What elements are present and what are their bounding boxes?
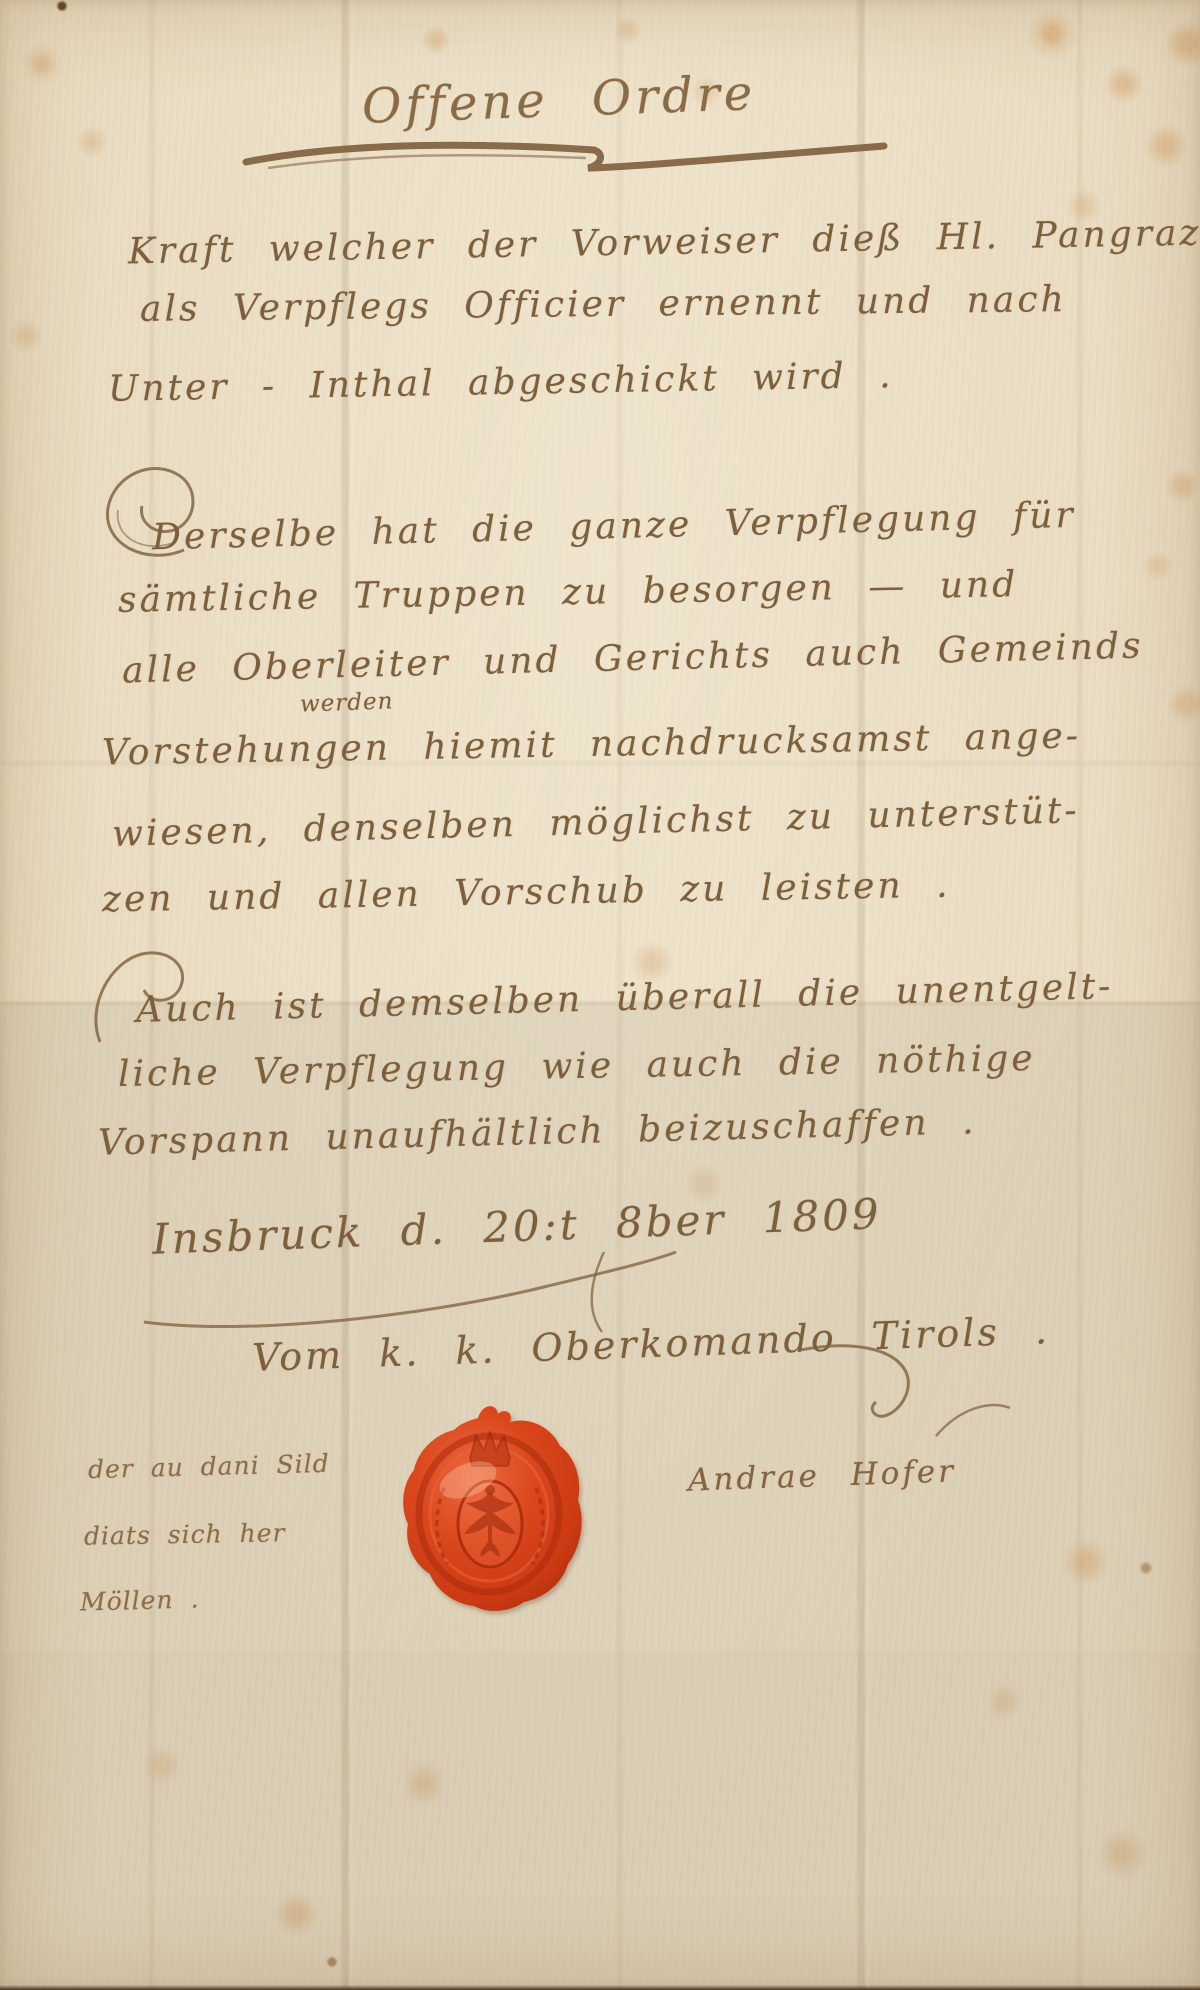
photo-bottom-edge <box>0 1985 1200 1990</box>
margin-note-l2: diats sich her <box>84 1518 286 1551</box>
interlinear-insertion: werden <box>300 688 394 717</box>
margin-note-l3: Möllen . <box>80 1584 200 1616</box>
seal-crown <box>470 1432 510 1466</box>
wax-seal <box>392 1398 582 1618</box>
manuscript-photo: Offene Ordre Kraft welcher der Vorweiser… <box>0 0 1200 1990</box>
